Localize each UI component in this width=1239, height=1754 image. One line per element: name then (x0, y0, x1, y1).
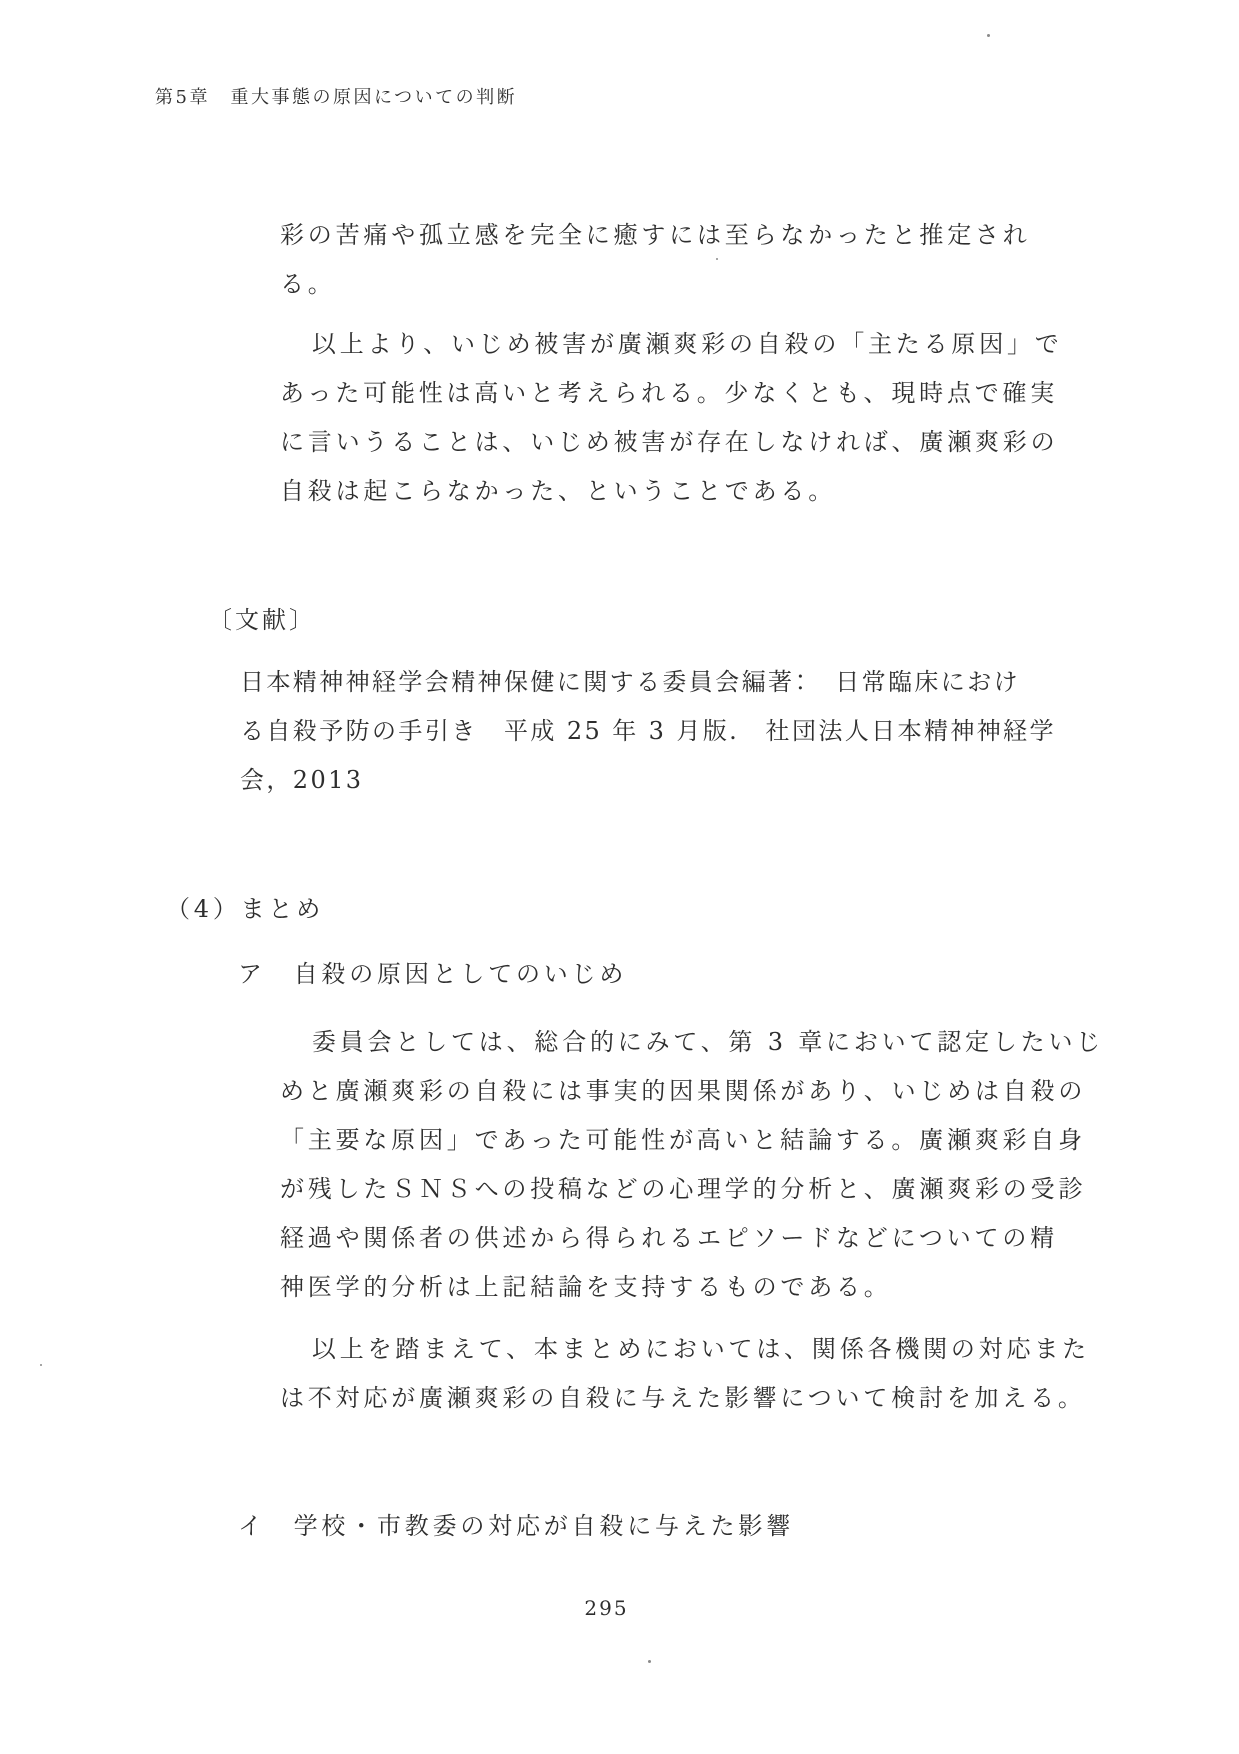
reference-entry: 日本精神神経学会精神保健に関する委員会編著： 日常臨床におけ る自殺予防の手引き… (240, 658, 1056, 805)
text-line: 経過や関係者の供述から得られるエピソードなどについての精 (280, 1214, 1104, 1263)
text-line: 以上を踏まえて、本まとめにおいては、関係各機関の対応また (280, 1325, 1090, 1374)
paragraph-scope-of-review: 以上を踏まえて、本まとめにおいては、関係各機関の対応また は不対応が廣瀬爽彩の自… (280, 1325, 1090, 1423)
text-line: 委員会としては、総合的にみて、第 3 章において認定したいじ (280, 1018, 1104, 1067)
scanned-document-page: 第5章 重大事態の原因についての判断 彩の苦痛や孤立感を完全に癒すには至らなかっ… (0, 0, 1239, 1754)
text-line: めと廣瀬爽彩の自殺には事実的因果関係があり、いじめは自殺の (280, 1067, 1104, 1116)
text-line: 「主要な原因」であった可能性が高いと結論する。廣瀬爽彩自身 (280, 1116, 1104, 1165)
text-line: る。 (280, 260, 1031, 309)
page-number: 295 (0, 1596, 1213, 1620)
paragraph-continuation: 彩の苦痛や孤立感を完全に癒すには至らなかったと推定され る。 (280, 211, 1031, 309)
scan-speck (40, 1364, 42, 1366)
text-line: 神医学的分析は上記結論を支持するものである。 (280, 1263, 1104, 1312)
chapter-header: 第5章 重大事態の原因についての判断 (155, 83, 517, 109)
scan-speck (987, 34, 990, 37)
text-line: に言いうることは、いじめ被害が存在しなければ、廣瀬爽彩の (280, 418, 1063, 467)
text-line: る自殺予防の手引き 平成 25 年 3 月版. 社団法人日本精神神経学 (240, 707, 1056, 756)
subsection-heading-a: ア 自殺の原因としてのいじめ (238, 950, 627, 999)
scan-speck (716, 258, 718, 260)
text-line: 自殺は起こらなかった、ということである。 (280, 467, 1063, 516)
text-line: 彩の苦痛や孤立感を完全に癒すには至らなかったと推定され (280, 211, 1031, 260)
text-line: 日本精神神経学会精神保健に関する委員会編著： 日常臨床におけ (240, 658, 1056, 707)
section-heading-4: （4）まとめ (166, 885, 324, 934)
text-line: 以上より、いじめ被害が廣瀬爽彩の自殺の「主たる原因」で (280, 320, 1063, 369)
subsection-heading-i: イ 学校・市教委の対応が自殺に与えた影響 (238, 1502, 794, 1551)
paragraph-conclusion: 以上より、いじめ被害が廣瀬爽彩の自殺の「主たる原因」で あった可能性は高いと考え… (280, 320, 1063, 516)
paragraph-committee-conclusion: 委員会としては、総合的にみて、第 3 章において認定したいじ めと廣瀬爽彩の自殺… (280, 1018, 1104, 1312)
references-label: 〔文献〕 (208, 596, 316, 645)
scan-speck (648, 1660, 651, 1663)
text-line: は不対応が廣瀬爽彩の自殺に与えた影響について検討を加える。 (280, 1374, 1090, 1423)
text-line: 会，2013 (240, 756, 1056, 805)
text-line: あった可能性は高いと考えられる。少なくとも、現時点で確実 (280, 369, 1063, 418)
text-line: が残したＳＮＳへの投稿などの心理学的分析と、廣瀬爽彩の受診 (280, 1165, 1104, 1214)
